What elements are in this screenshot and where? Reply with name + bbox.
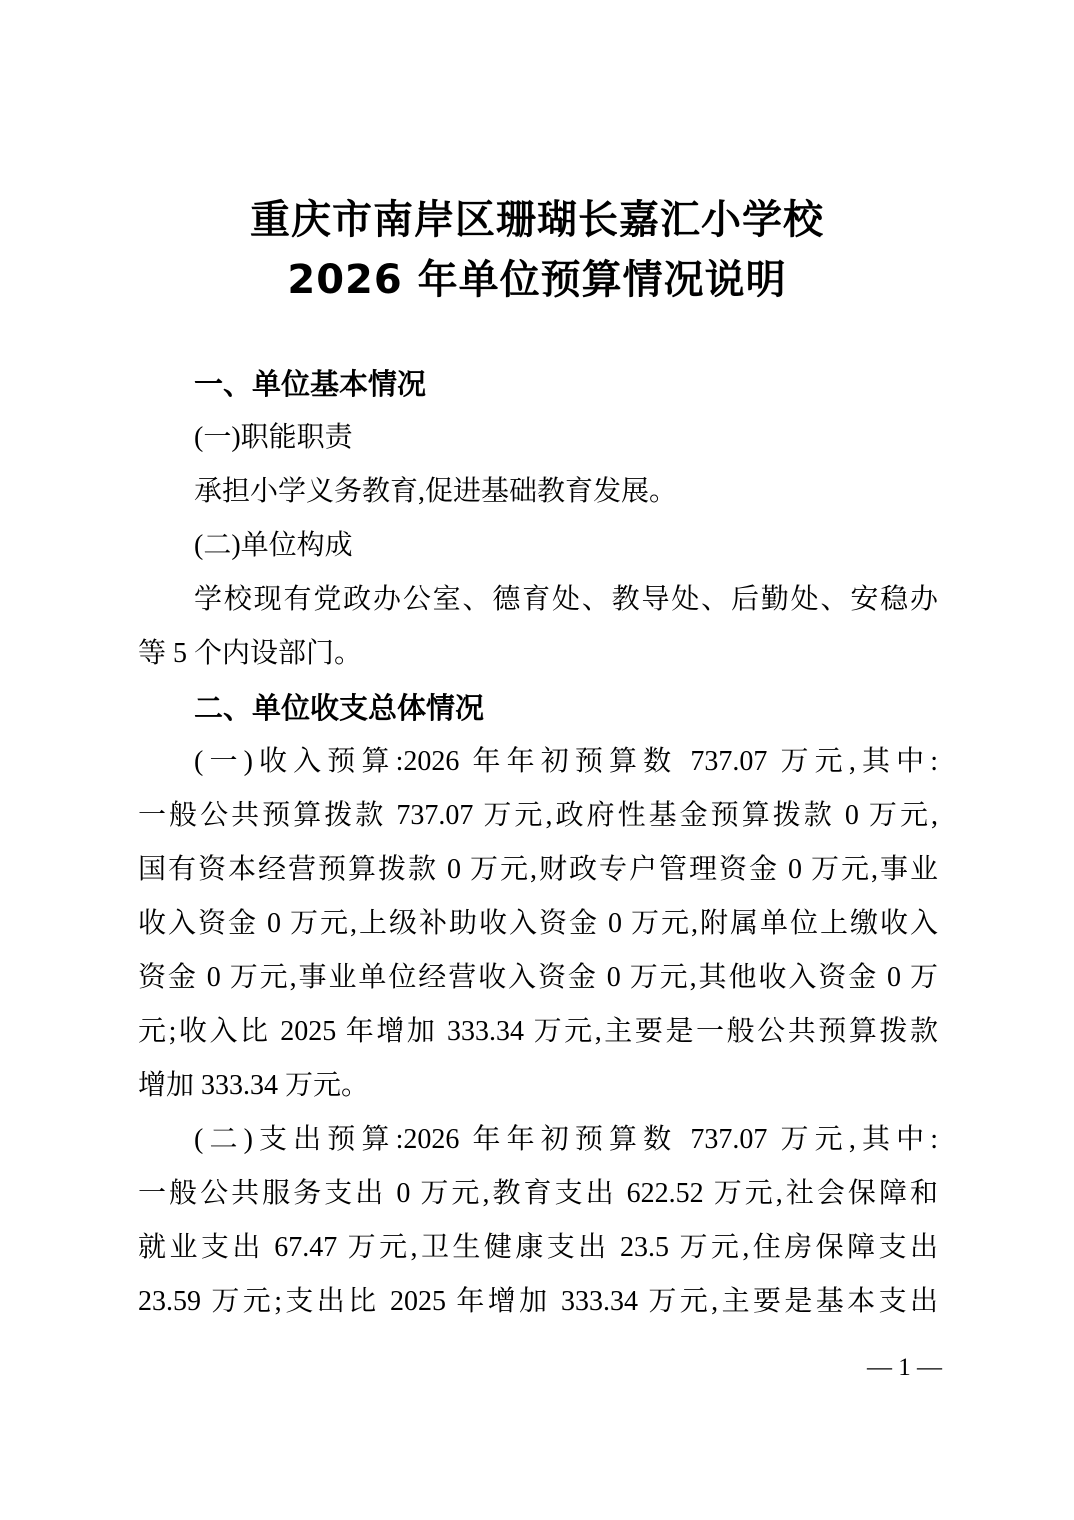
- document-body: 一、单位基本情况 (一)职能职责 承担小学义务教育,促进基础教育发展。 (二)单…: [138, 357, 938, 1329]
- para-income-budget-line-1: (一)收入预算:2026 年年初预算数 737.07 万元,其中:: [138, 735, 938, 789]
- heading-unit-basic-info: 一、单位基本情况: [138, 357, 938, 411]
- para-expenditure-budget-line-3: 就业支出 67.47 万元,卫生健康支出 23.5 万元,住房保障支出: [138, 1221, 938, 1275]
- para-expenditure-budget-line-4: 23.59 万元;支出比 2025 年增加 333.34 万元,主要是基本支出: [138, 1275, 938, 1329]
- para-income-budget-line-2: 一般公共预算拨款 737.07 万元,政府性基金预算拨款 0 万元,: [138, 789, 938, 843]
- subheading-unit-composition: (二)单位构成: [138, 519, 938, 573]
- para-composition-line-1: 学校现有党政办公室、德育处、教导处、后勤处、安稳办: [138, 573, 938, 627]
- page-number: — 1 —: [867, 1354, 942, 1381]
- para-expenditure-budget-line-1: (二)支出预算:2026 年年初预算数 737.07 万元,其中:: [138, 1113, 938, 1167]
- para-expenditure-budget-line-2: 一般公共服务支出 0 万元,教育支出 622.52 万元,社会保障和: [138, 1167, 938, 1221]
- para-income-budget-line-6: 元;收入比 2025 年增加 333.34 万元,主要是一般公共预算拨款: [138, 1005, 938, 1059]
- title-line-2: 2026 年单位预算情况说明: [0, 250, 1074, 310]
- para-income-budget-line-7: 增加 333.34 万元。: [138, 1059, 938, 1113]
- para-composition-line-2: 等 5 个内设部门。: [138, 627, 938, 681]
- title-line-1: 重庆市南岸区珊瑚长嘉汇小学校: [0, 190, 1074, 250]
- heading-revenue-expenditure: 二、单位收支总体情况: [138, 681, 938, 735]
- para-income-budget-line-3: 国有资本经营预算拨款 0 万元,财政专户管理资金 0 万元,事业: [138, 843, 938, 897]
- para-duties: 承担小学义务教育,促进基础教育发展。: [138, 465, 938, 519]
- document-page: 重庆市南岸区珊瑚长嘉汇小学校 2026 年单位预算情况说明 一、单位基本情况 (…: [0, 0, 1074, 1520]
- para-income-budget-line-5: 资金 0 万元,事业单位经营收入资金 0 万元,其他收入资金 0 万: [138, 951, 938, 1005]
- para-income-budget-line-4: 收入资金 0 万元,上级补助收入资金 0 万元,附属单位上缴收入: [138, 897, 938, 951]
- document-title: 重庆市南岸区珊瑚长嘉汇小学校 2026 年单位预算情况说明: [0, 190, 1074, 310]
- page-footer: — 1 —: [138, 1352, 942, 1384]
- subheading-duties: (一)职能职责: [138, 411, 938, 465]
